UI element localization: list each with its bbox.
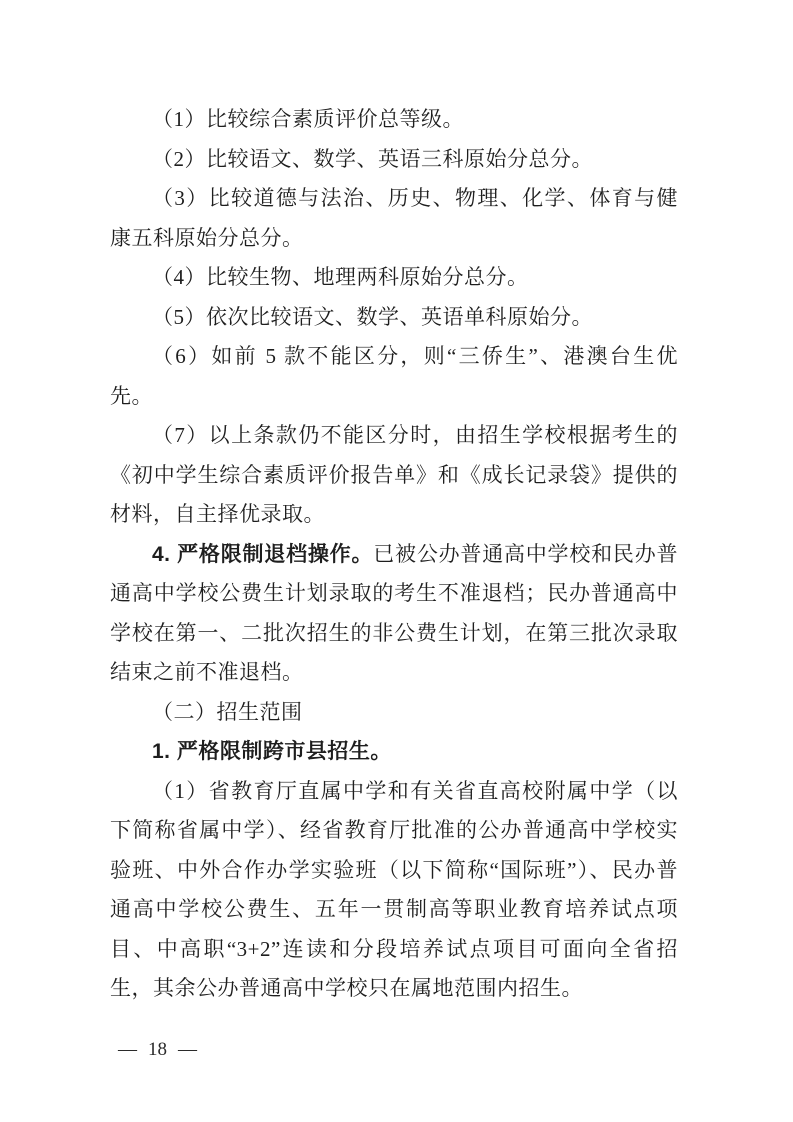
paragraph-text: （2）比较语文、数学、英语三科原始分总分。	[152, 147, 593, 171]
footer-dash-right: —	[178, 1038, 197, 1062]
clause-heading-bold: 1. 严格限制跨市县招生。	[152, 740, 392, 763]
section-heading-text: （二）招生范围	[152, 700, 303, 724]
paragraph-clause-4: （4）比较生物、地理两科原始分总分。	[110, 258, 678, 298]
document-page: （1）比较综合素质评价总等级。 （2）比较语文、数学、英语三科原始分总分。 （3…	[0, 0, 793, 1122]
footer-dash-left: —	[118, 1038, 137, 1062]
paragraph-clause-3: （3）比较道德与法治、历史、物理、化学、体育与健康五科原始分总分。	[110, 179, 678, 258]
section-heading-2: （二）招生范围	[110, 693, 678, 733]
paragraph-text: （4）比较生物、地理两科原始分总分。	[152, 265, 529, 289]
page-number: 18	[148, 1038, 167, 1062]
paragraph-clause-1: （1）比较综合素质评价总等级。	[110, 100, 678, 140]
paragraph-text: （6）如前 5 款不能区分，则“三侨生”、港澳台生优先。	[110, 344, 678, 408]
paragraph-text: （1）省教育厅直属中学和有关省直高校附属中学（以下简称省属中学）、经省教育厅批准…	[110, 779, 678, 1001]
paragraph-subclause-1: （1）省教育厅直属中学和有关省直高校附属中学（以下简称省属中学）、经省教育厅批准…	[110, 772, 678, 1009]
paragraph-clause-5: （5）依次比较语文、数学、英语单科原始分。	[110, 298, 678, 338]
paragraph-clause-7: （7）以上条款仍不能区分时，由招生学校根据考生的《初中学生综合素质评价报告单》和…	[110, 416, 678, 535]
paragraph-text: （3）比较道德与法治、历史、物理、化学、体育与健康五科原始分总分。	[110, 186, 678, 250]
paragraph-clause-6: （6）如前 5 款不能区分，则“三侨生”、港澳台生优先。	[110, 337, 678, 416]
paragraph-text: （5）依次比较语文、数学、英语单科原始分。	[152, 305, 593, 329]
page-footer: — 18 —	[118, 1038, 197, 1062]
paragraph-item-4: 4. 严格限制退档操作。已被公办普通高中学校和民办普通高中学校公费生计划录取的考…	[110, 535, 678, 693]
paragraph-item-1-heading: 1. 严格限制跨市县招生。	[110, 732, 678, 772]
document-body: （1）比较综合素质评价总等级。 （2）比较语文、数学、英语三科原始分总分。 （3…	[110, 100, 678, 1009]
paragraph-text: （7）以上条款仍不能区分时，由招生学校根据考生的《初中学生综合素质评价报告单》和…	[110, 423, 678, 526]
paragraph-text: （1）比较综合素质评价总等级。	[152, 107, 464, 131]
clause-heading-bold: 4. 严格限制退档操作。	[152, 543, 373, 566]
paragraph-clause-2: （2）比较语文、数学、英语三科原始分总分。	[110, 140, 678, 180]
